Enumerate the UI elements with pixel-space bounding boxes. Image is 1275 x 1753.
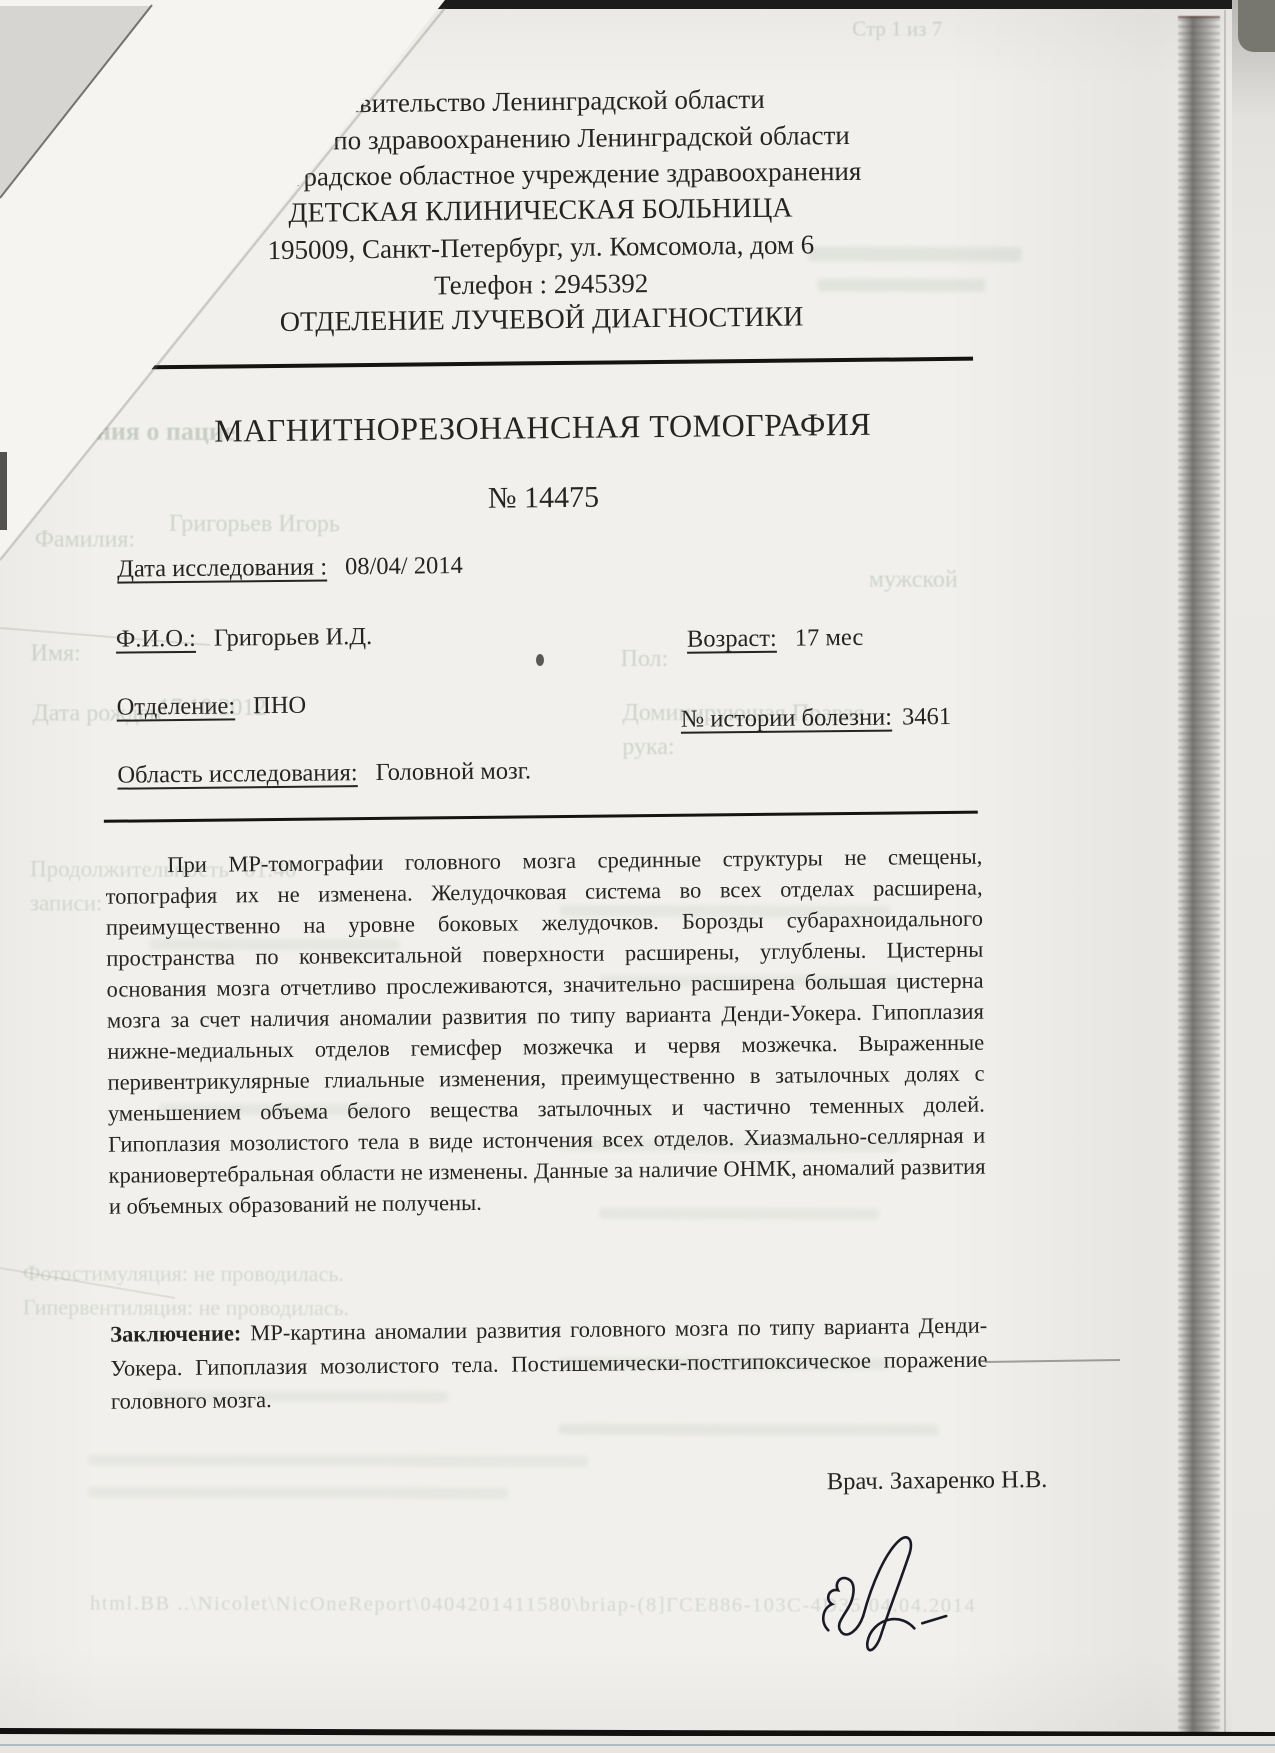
history-number-value: 3461 <box>902 703 951 731</box>
report-number: № 14475 <box>108 477 978 520</box>
department-name: ОТДЕЛЕНИЕ ЛУЧЕВОЙ ДИАГНОСТИКИ <box>106 298 976 344</box>
study-date-field: Дата исследования :08/04/ 2014 <box>117 552 463 584</box>
scanned-mri-report: щий ответ по тест Стр 1 из 7 Сведения о … <box>0 0 1275 1753</box>
study-area-label: Область исследования: <box>117 759 358 789</box>
history-number-field: № истории болезни:3461 <box>681 703 951 734</box>
department-label: Отделение: <box>117 692 236 720</box>
patient-name-value: Григорьев И.Д. <box>214 623 373 652</box>
conclusion-text: МР-картина аномалии развития головного м… <box>110 1313 987 1414</box>
findings-paragraph: При МР-томографии головного мозга средин… <box>105 841 986 1222</box>
age-value: 17 мес <box>795 624 864 652</box>
scan-left-sliver <box>0 452 7 530</box>
conclusion-label: Заключение: <box>110 1320 241 1346</box>
page-right-edge <box>1224 10 1226 1740</box>
age-label: Возраст: <box>687 625 777 653</box>
handwritten-signature <box>797 1524 999 1676</box>
doctor-signature-line: Врач. Захаренко Н.В. <box>827 1466 1048 1496</box>
study-date-value: 08/04/ 2014 <box>345 552 463 580</box>
report-title: МАГНИТНОРЕЗОНАНСНАЯ ТОМОГРАФИЯ <box>108 405 978 451</box>
horizontal-rule <box>105 357 973 370</box>
horizontal-rule <box>104 811 978 823</box>
study-area-field: Область исследования:Головной мозг. <box>117 757 531 789</box>
department-field: Отделение:ПНО <box>117 692 307 722</box>
study-area-value: Головной мозг. <box>376 757 532 786</box>
scan-right-margin <box>1232 0 1275 1753</box>
patient-name-label: Ф.И.О.: <box>116 625 196 653</box>
history-number-label: № истории болезни: <box>681 704 892 733</box>
conclusion-paragraph: Заключение: МР-картина аномалии развития… <box>110 1309 988 1419</box>
study-date-label: Дата исследования : <box>117 553 327 582</box>
scan-corner-top-right <box>1238 0 1275 52</box>
patient-name-field: Ф.И.О.:Григорьев И.Д. <box>116 623 373 654</box>
scan-shadow-strip <box>1178 16 1220 1734</box>
age-field: Возраст:17 мес <box>687 624 864 654</box>
scan-bottom-tint-line <box>0 1744 1275 1746</box>
department-value: ПНО <box>253 692 306 720</box>
